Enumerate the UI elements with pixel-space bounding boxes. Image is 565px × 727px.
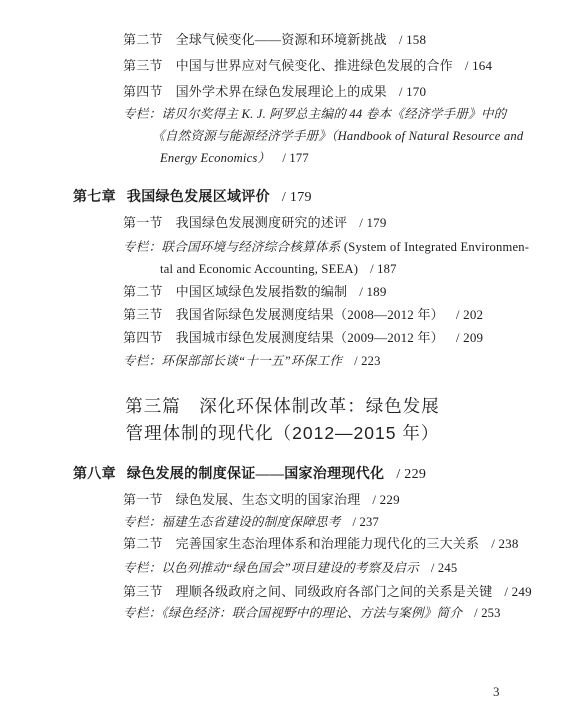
- toc-entry: 第四节我国城市绿色发展测度结果（2009—2012 年）/ 209: [123, 327, 483, 349]
- toc-entry-title: 中国区域绿色发展指数的编制: [176, 284, 348, 299]
- column-note-text: 《自然资源与能源经济学手册》（: [152, 129, 338, 143]
- column-note-text: 专栏：环保部部长谈“十一五”环保工作: [123, 354, 342, 368]
- toc-chapter-title: 我国绿色发展区域评价: [127, 190, 270, 205]
- toc-page-ref: / 249: [504, 584, 531, 599]
- toc-column-note: 专栏：以色列推动“绿色国会”项目建设的考察及启示/ 245: [123, 557, 457, 579]
- toc-column-note: 专栏：联合国环境与经济综合核算体系 (System of Integrated …: [123, 236, 529, 258]
- toc-column-note-continuation: tal and Economic Accounting, SEEA)/ 187: [160, 258, 397, 280]
- toc-column-note: 专栏：《绿色经济：联合国视野中的理论、方法与案例》简介/ 253: [123, 602, 501, 624]
- toc-entry-title: 我国城市绿色发展测度结果（2009—2012 年）: [176, 330, 444, 345]
- toc-section-number: 第二节: [123, 536, 163, 551]
- toc-page-ref: / 189: [359, 284, 386, 299]
- part-heading-line2: 管理体制的现代化（2012—2015 年）: [0, 419, 565, 447]
- column-note-text: 专栏：福建生态省建设的制度保障思考: [123, 515, 341, 529]
- column-note-text: 专栏：以色列推动“绿色国会”项目建设的考察及启示: [123, 561, 419, 575]
- toc-entry-title: 我国绿色发展测度研究的述评: [176, 215, 348, 230]
- toc-page-ref: / 177: [282, 151, 309, 165]
- toc-page-ref: / 164: [465, 58, 492, 73]
- column-note-text: 专栏：联合国环境与经济综合核算体系: [123, 240, 341, 254]
- toc-page-ref: / 245: [431, 561, 458, 575]
- toc-column-note-continuation: 《自然资源与能源经济学手册》（Handbook of Natural Resou…: [152, 125, 523, 147]
- toc-entry-title: 我国省际绿色发展测度结果（2008—2012 年）: [176, 307, 444, 322]
- toc-entry: 第三节理顺各级政府之间、同级政府各部门之间的关系是关键/ 249: [123, 581, 532, 603]
- toc-chapter-entry: 第七章我国绿色发展区域评价/ 179: [73, 187, 312, 209]
- toc-section-number: 第一节: [123, 215, 163, 230]
- toc-page-ref: / 209: [456, 330, 483, 345]
- toc-entry: 第二节中国区域绿色发展指数的编制/ 189: [123, 281, 387, 303]
- toc-section-number: 第四节: [123, 330, 163, 345]
- toc-section-number: 第三节: [123, 307, 163, 322]
- toc-entry-title: 全球气候变化——资源和环境新挑战: [176, 32, 387, 47]
- toc-entry-title: 完善国家生态治理体系和治理能力现代化的三大关系: [176, 536, 480, 551]
- toc-entry-title: 理顺各级政府之间、同级政府各部门之间的关系是关键: [176, 584, 493, 599]
- toc-section-number: 第二节: [123, 284, 163, 299]
- toc-page-ref: / 253: [474, 606, 501, 620]
- toc-column-note-continuation: Energy Economics）/ 177: [160, 147, 309, 169]
- toc-section-number: 第三节: [123, 58, 163, 73]
- toc-page-ref: / 229: [372, 492, 399, 507]
- toc-page-ref: / 179: [282, 190, 312, 205]
- toc-column-note: 专栏：诺贝尔奖得主 K. J. 阿罗总主编的 44 卷本《经济学手册》中的: [123, 103, 506, 125]
- toc-page-ref: / 223: [354, 354, 381, 368]
- toc-entry: 第三节中国与世界应对气候变化、推进绿色发展的合作/ 164: [123, 55, 492, 77]
- toc-page-ref: / 229: [396, 467, 426, 482]
- toc-entry-title: 中国与世界应对气候变化、推进绿色发展的合作: [176, 58, 453, 73]
- column-note-english-text: (System of Integrated Environmen-: [341, 240, 530, 254]
- toc-chapter-number: 第八章: [73, 467, 116, 482]
- toc-entry: 第四节国外学术界在绿色发展理论上的成果/ 170: [123, 81, 426, 103]
- toc-section-number: 第二节: [123, 32, 163, 47]
- toc-page-ref: / 187: [370, 262, 397, 276]
- toc-entry: 第二节完善国家生态治理体系和治理能力现代化的三大关系/ 238: [123, 533, 519, 555]
- toc-chapter-title: 绿色发展的制度保证——国家治理现代化: [127, 467, 384, 482]
- toc-column-note: 专栏：环保部部长谈“十一五”环保工作/ 223: [123, 350, 381, 372]
- toc-page-ref: / 202: [456, 307, 483, 322]
- toc-entry: 第三节我国省际绿色发展测度结果（2008—2012 年）/ 202: [123, 304, 483, 326]
- toc-entry: 第一节我国绿色发展测度研究的述评/ 179: [123, 212, 387, 234]
- toc-entry: 第二节全球气候变化——资源和环境新挑战/ 158: [123, 29, 426, 51]
- toc-entry: 第一节绿色发展、生态文明的国家治理/ 229: [123, 489, 400, 511]
- toc-page-ref: / 158: [399, 32, 426, 47]
- column-note-english-title: Handbook of Natural Resource and: [338, 129, 524, 143]
- toc-page-ref: / 238: [491, 536, 518, 551]
- toc-section-number: 第三节: [123, 584, 163, 599]
- toc-page-ref: / 170: [399, 84, 426, 99]
- column-note-text: ）: [258, 151, 271, 165]
- toc-entry-title: 国外学术界在绿色发展理论上的成果: [176, 84, 387, 99]
- toc-column-note: 专栏：福建生态省建设的制度保障思考/ 237: [123, 511, 379, 533]
- page-number: 3: [493, 684, 500, 700]
- column-note-text: 专栏：诺贝尔奖得主 K. J. 阿罗总主编的 44 卷本《经济学手册》中的: [123, 107, 506, 121]
- column-note-text: 专栏：《绿色经济：联合国视野中的理论、方法与案例》简介: [123, 606, 462, 620]
- toc-page-ref: / 179: [359, 215, 386, 230]
- toc-page: { "page": { "number": "3" }, "part_headi…: [0, 0, 565, 727]
- toc-section-number: 第一节: [123, 492, 163, 507]
- column-note-english-text: tal and Economic Accounting, SEEA): [160, 262, 358, 276]
- toc-chapter-entry: 第八章绿色发展的制度保证——国家治理现代化/ 229: [73, 464, 426, 486]
- column-note-english-title: Energy Economics: [160, 151, 258, 165]
- toc-chapter-number: 第七章: [73, 190, 116, 205]
- part-heading-line1: 第三篇 深化环保体制改革：绿色发展: [0, 392, 565, 420]
- toc-page-ref: / 237: [353, 515, 380, 529]
- toc-section-number: 第四节: [123, 84, 163, 99]
- toc-entry-title: 绿色发展、生态文明的国家治理: [176, 492, 361, 507]
